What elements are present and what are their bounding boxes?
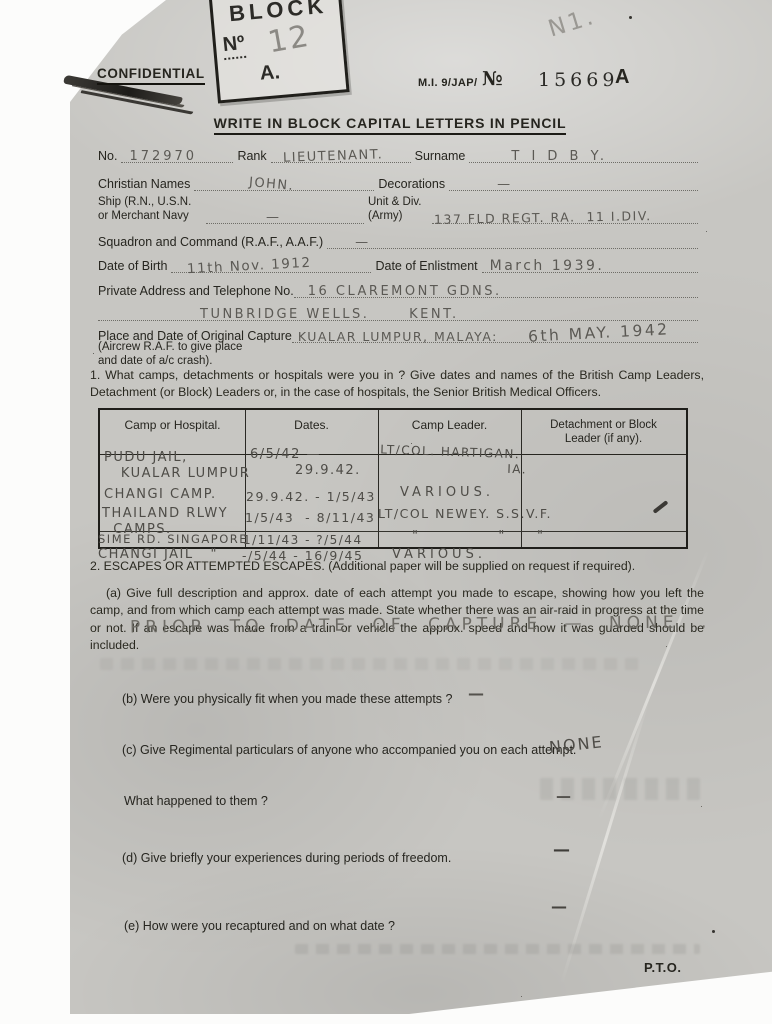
bleedthrough-smudge	[100, 658, 640, 670]
question-1: 1. What camps, detachments or hospitals …	[90, 367, 704, 402]
field-rank-value: LIEUTENANT.	[282, 147, 383, 165]
col-header-camp: Camp or Hospital.	[100, 410, 245, 454]
field-surname-label: Surname	[415, 149, 466, 163]
field-enlistment-value: March 1939.	[490, 258, 605, 274]
section2-heading: 2. ESCAPES OR ATTEMPTED ESCAPES. (Additi…	[90, 558, 704, 575]
camps-table: Camp or Hospital. Dates. Camp Leader. De…	[98, 408, 688, 549]
field-capture-note: (Aircrew R.A.F. to give place and date o…	[98, 341, 242, 369]
row-ship-unit: Ship (R.N., U.S.N. or Merchant Navy — Un…	[98, 196, 698, 224]
field-capture-line: KUALAR LUMPUR, MALAYA: 6th MAY. 1942	[292, 327, 698, 343]
answer-c-followup-handwritten: —	[556, 787, 573, 805]
col-header-block-leader: Detachment or Block Leader (if any).	[521, 410, 686, 454]
field-address-line2: TUNBRIDGE WELLS. KENT.	[98, 305, 698, 321]
paper-specks	[629, 16, 632, 19]
field-surname-value: T I D B Y.	[511, 149, 608, 164]
answer-e-handwritten: —	[551, 897, 569, 916]
scanner-margin	[0, 1014, 772, 1024]
table-cell-dates: 1/5/43 - 8/11/43	[245, 510, 375, 526]
table-cell-leader: LT/COL NEWEY. S.S.V.F.	[378, 506, 552, 522]
question-d: (d) Give briefly your experiences during…	[122, 851, 451, 865]
field-address-value1: 16 CLAREMONT GDNS.	[308, 284, 502, 299]
pto-label: P.T.O.	[644, 960, 681, 975]
ref-prefix: M.I. 9/JAP/	[418, 77, 477, 89]
question-e: (e) How were you recaptured and on what …	[124, 919, 395, 933]
table-cell-leader: VARIOUS.	[400, 485, 494, 501]
field-address-value2: TUNBRIDGE WELLS. KENT.	[200, 307, 459, 322]
stamp-number-handwritten: 12	[265, 19, 313, 61]
table-cell-camp: PUDU JAIL, KUALAR LUMPUR	[104, 450, 250, 483]
row-birth-enlistment: Date of Birth 11th Nov. 1912 Date of Enl…	[98, 257, 698, 273]
field-ship-value: —	[266, 210, 281, 225]
field-christian-names-label: Christian Names	[98, 177, 190, 191]
field-surname-line: T I D B Y.	[469, 147, 698, 163]
answer-b-handwritten: —	[468, 684, 486, 703]
stamp-letter: A.	[259, 61, 281, 85]
field-dob-line: 11th Nov. 1912	[171, 257, 371, 273]
field-no-label: No.	[98, 149, 117, 163]
field-squadron-line: —	[327, 233, 698, 249]
stamp-no-label: Nº	[222, 32, 246, 60]
answer-d-handwritten: —	[553, 840, 572, 860]
question-c: (c) Give Regimental particulars of anyon…	[122, 743, 576, 757]
row-no-rank-surname: No. 172970 Rank LIEUTENANT. Surname T I …	[98, 147, 698, 163]
ref-no-symbol: №	[482, 68, 503, 90]
field-decorations-label: Decorations	[378, 177, 445, 191]
scanned-pow-form: BLOCK Nº 12 A. CONFIDENTIAL N1. M.I. 9/J…	[0, 0, 772, 1024]
table-divider	[378, 410, 379, 547]
field-squadron-label: Squadron and Command (R.A.F., A.A.F.)	[98, 235, 323, 249]
question-c-followup: What happened to them ?	[124, 794, 268, 808]
table-cell-dates: 29.9.42. - 1/5/43	[246, 489, 376, 505]
field-rank-line: LIEUTENANT.	[271, 147, 411, 163]
field-rank-label: Rank	[237, 149, 266, 163]
field-decorations-line: —	[449, 175, 698, 191]
field-enlistment-label: Date of Enlistment	[375, 259, 477, 273]
row-squadron: Squadron and Command (R.A.F., A.A.F.) —	[98, 233, 698, 249]
table-cell-leader: LT/COL. HARTIGAN. IA.	[380, 442, 528, 477]
row-names-decorations: Christian Names JOHN. Decorations —	[98, 175, 698, 191]
table-cell-block-leader: "	[537, 529, 544, 545]
field-enlistment-line: March 1939.	[482, 257, 698, 273]
confidential-label: CONFIDENTIAL	[97, 66, 205, 85]
field-ship-label: Ship (R.N., U.S.N. or Merchant Navy	[98, 196, 206, 224]
table-cell-camp: CHANGI CAMP.	[104, 487, 217, 503]
field-dob-label: Date of Birth	[98, 259, 167, 273]
ref-letter: A	[615, 66, 629, 89]
table-cell-camp: SIME RD. SINGAPORE	[98, 532, 248, 546]
field-unit-line: 137 FLD REGT. RA. 11 I.DIV.	[432, 208, 698, 224]
row-address-2: TUNBRIDGE WELLS. KENT.	[98, 305, 698, 321]
bleedthrough-smudge	[295, 944, 700, 954]
field-capture-value: KUALAR LUMPUR, MALAYA:	[298, 329, 498, 344]
field-decorations-value: —	[497, 177, 512, 192]
field-squadron-value: —	[355, 235, 370, 250]
table-cell-leader: " "	[412, 529, 506, 545]
field-address-label: Private Address and Telephone No.	[98, 284, 294, 298]
pencil-stroke	[653, 500, 669, 514]
field-unit-label: Unit & Div. (Army)	[368, 196, 432, 224]
table-cell-dates: 6/5/42 — 29.9.42.	[250, 447, 361, 480]
field-no-line: 172970	[121, 147, 233, 163]
table-cell-dates: 1/11/43 - ?/5/44	[243, 533, 363, 548]
ref-number: 15669	[538, 69, 618, 91]
table-divider	[521, 410, 522, 547]
field-ship-line: —	[206, 208, 364, 224]
form-title: WRITE IN BLOCK CAPITAL LETTERS IN PENCIL	[214, 115, 567, 135]
row-address: Private Address and Telephone No. 16 CLA…	[98, 282, 698, 298]
field-no-value: 172970	[129, 149, 197, 164]
form-title-wrap: WRITE IN BLOCK CAPITAL LETTERS IN PENCIL	[70, 115, 710, 135]
field-christian-names-line: JOHN.	[194, 175, 374, 191]
field-address-line1: 16 CLAREMONT GDNS.	[294, 282, 698, 298]
question-b: (b) Were you physically fit when you mad…	[122, 692, 452, 706]
